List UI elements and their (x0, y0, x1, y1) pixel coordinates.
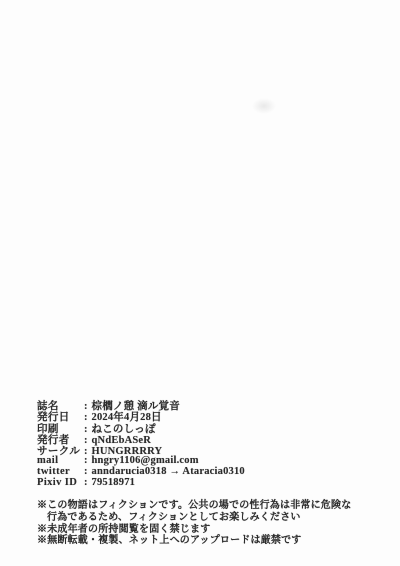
disclaimer-notes: ※この物語はフィクションです。公共の場での性行為は非常に危険な 行為であるため、… (37, 500, 351, 547)
disclaimer-note-fiction-line2: 行為であるため、フィクションとしてお楽しみください (37, 512, 351, 524)
colophon-label-twitter: twitter (37, 466, 84, 477)
colophon-value-pixiv-id: 79518971 (92, 477, 136, 488)
disclaimer-note-fiction-line1: ※この物語はフィクションです。公共の場での性行為は非常に危険な (37, 500, 351, 512)
colophon-label-mail: mail (37, 455, 84, 466)
colophon-separator: : (84, 401, 88, 412)
colophon-separator: : (84, 412, 88, 423)
colophon-separator: : (84, 435, 88, 446)
colophon-label-pixiv-id: Pixiv ID (37, 477, 84, 488)
disclaimer-note-no-repost: ※無断転載・複製、ネット上へのアップロードは厳禁です (37, 535, 351, 547)
colophon-separator: : (84, 466, 88, 477)
colophon-row-twitter: twitter : anndarucia0318 → Ataracia0310 (37, 466, 245, 477)
colophon-value-printer: ねこのしっぽ (92, 421, 156, 436)
colophon-row-pixiv-id: Pixiv ID : 79518971 (37, 477, 245, 488)
colophon-value-mail: hngry1106@gmail.com (92, 455, 199, 466)
colophon-value-twitter: anndarucia0318 → Ataracia0310 (92, 466, 245, 477)
colophon-separator: : (84, 424, 88, 435)
colophon-row-publish-date: 発行日 : 2024年4月28日 (37, 409, 245, 420)
colophon-row-title: 誌名 : 棕櫚ノ憩 滴ル覚音 (37, 398, 245, 409)
disclaimer-note-minors: ※未成年者の所持閲覧を固く禁じます (37, 524, 351, 536)
colophon-info-table: 誌名 : 棕櫚ノ憩 滴ル覚音 発行日 : 2024年4月28日 印刷 : ねこの… (37, 398, 245, 489)
colophon-row-printer: 印刷 : ねこのしっぽ (37, 421, 245, 432)
colophon-row-mail: mail : hngry1106@gmail.com (37, 455, 245, 466)
colophon-page: 誌名 : 棕櫚ノ憩 滴ル覚音 発行日 : 2024年4月28日 印刷 : ねこの… (0, 0, 400, 566)
colophon-separator: : (84, 455, 88, 466)
colophon-separator: : (84, 477, 88, 488)
scan-artifact (252, 98, 276, 114)
colophon-value-publisher: qNdEbASeR (92, 435, 152, 446)
